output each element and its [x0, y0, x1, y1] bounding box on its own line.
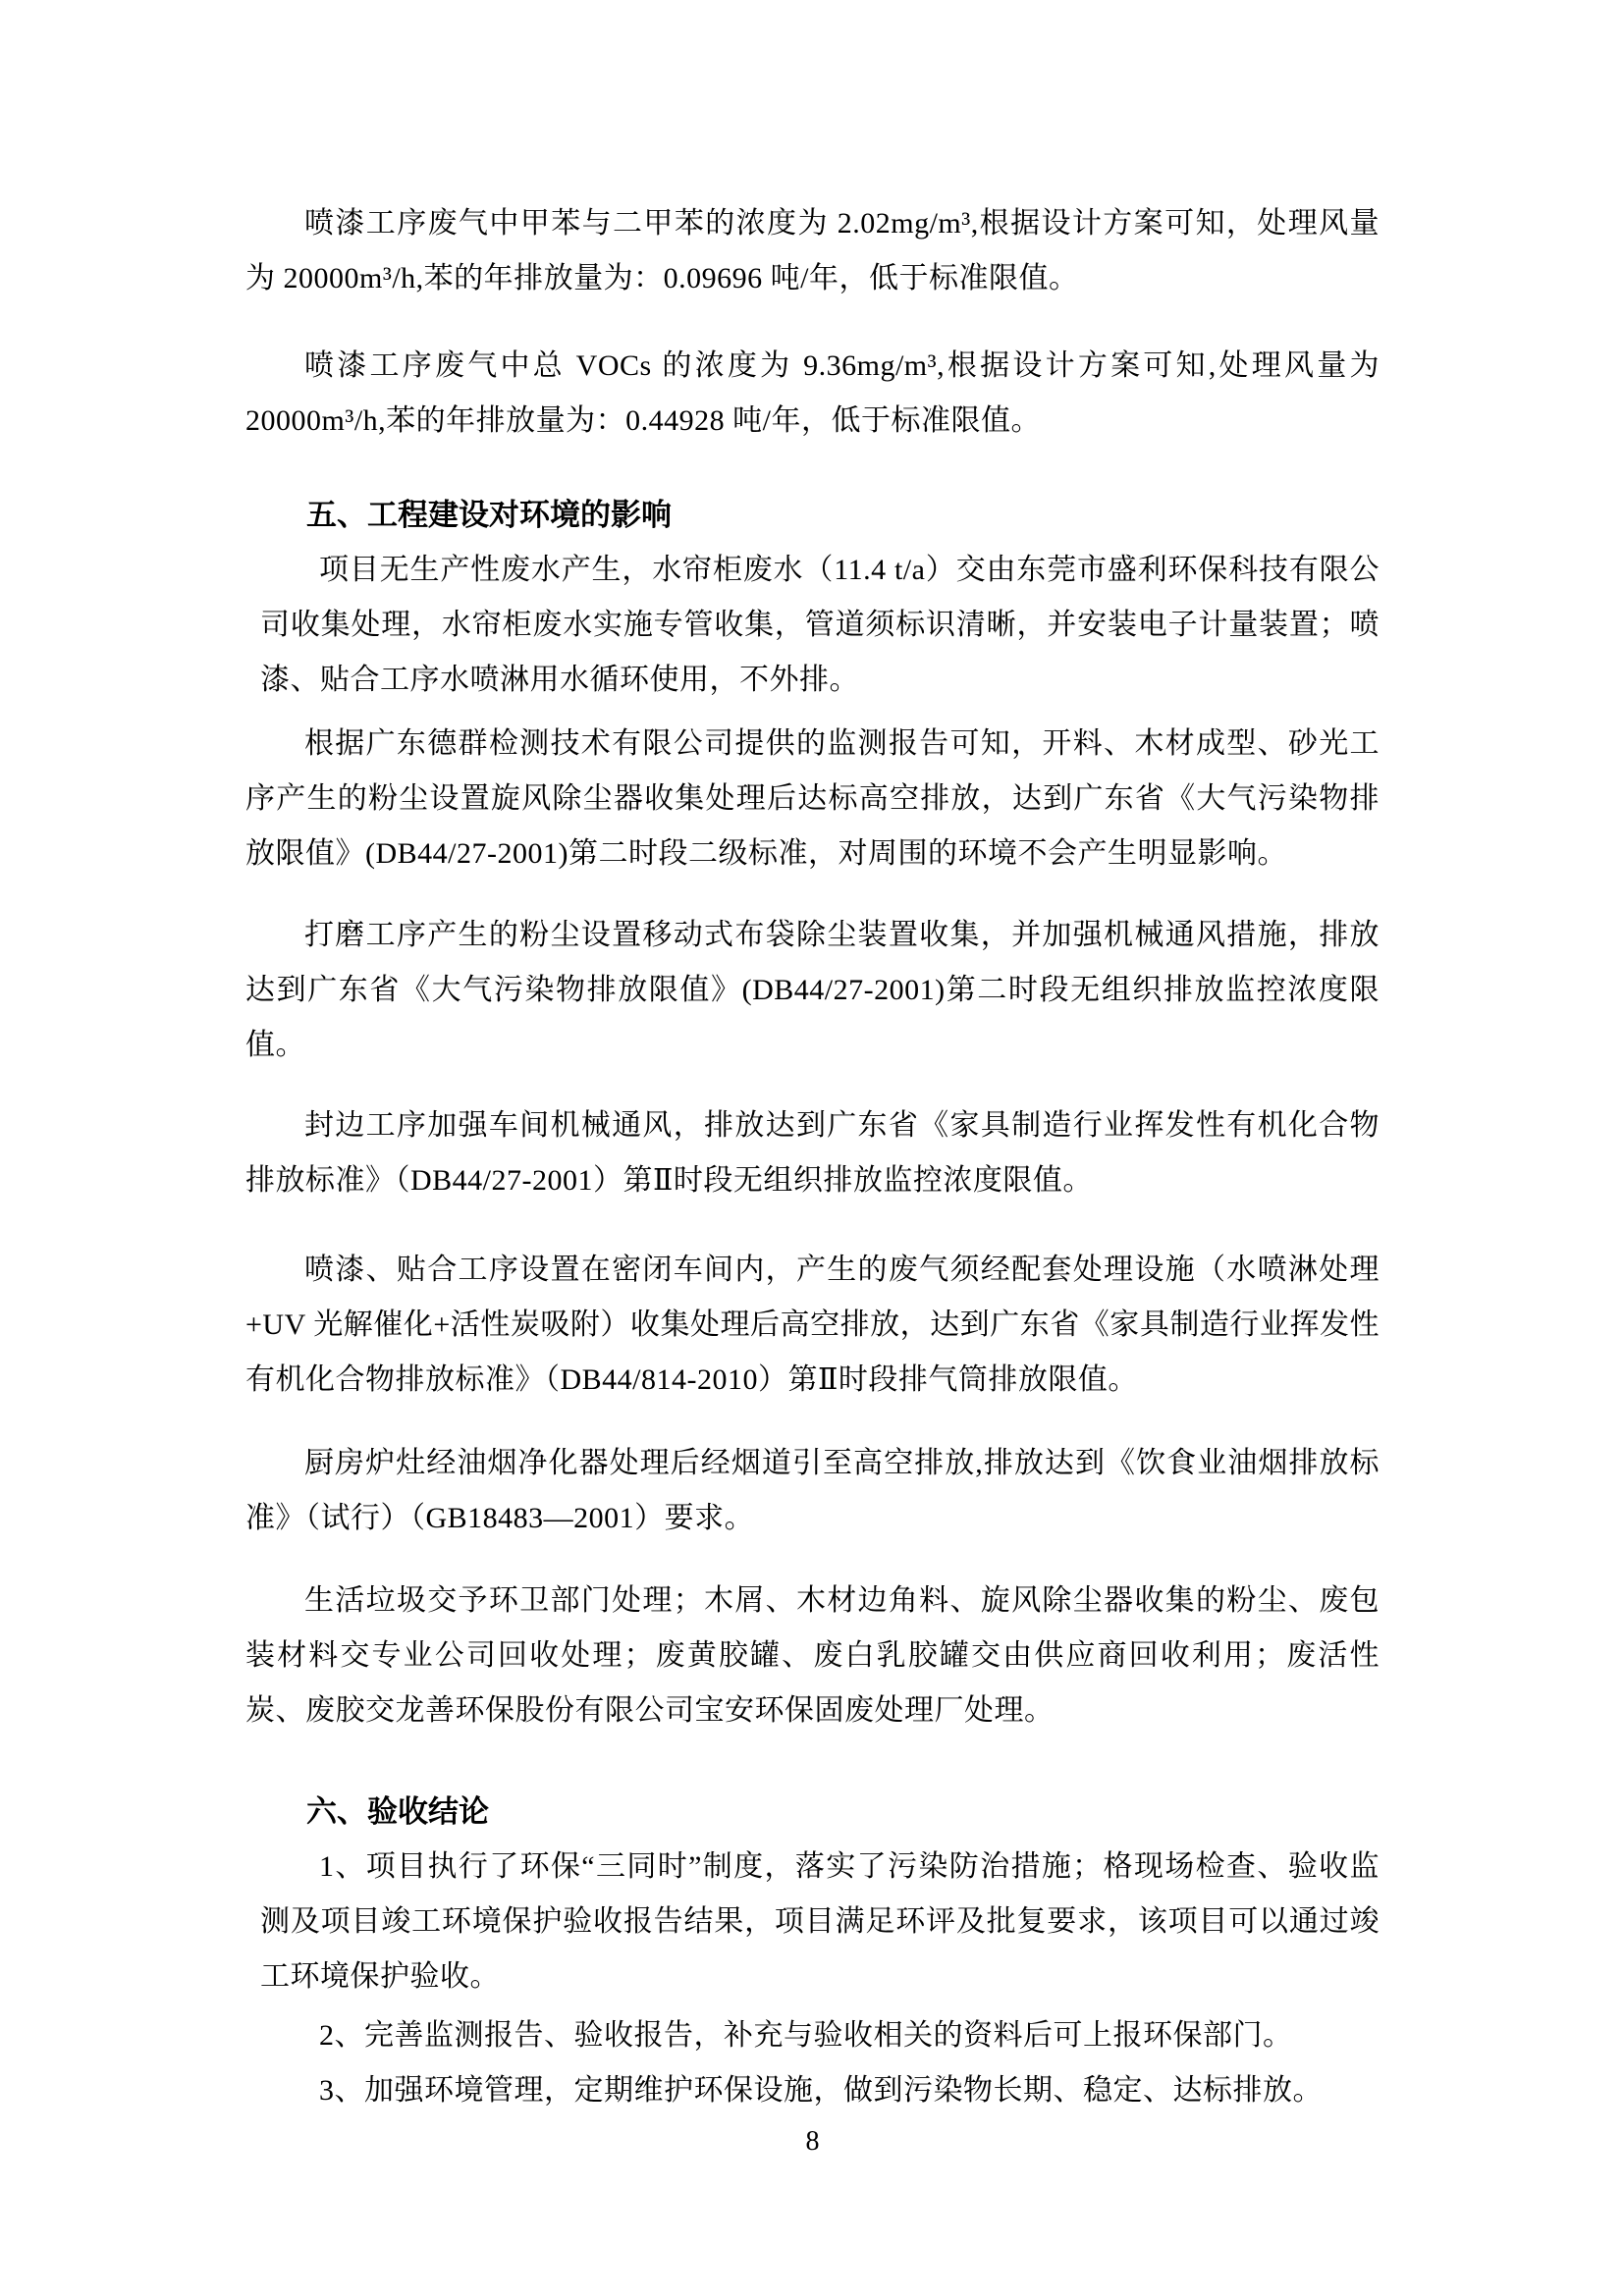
page-number: 8	[245, 2118, 1380, 2165]
paragraph-dust-cyclone-collector: 根据广东德群检测技术有限公司提供的监测报告可知，开料、木材成型、砂光工序产生的粉…	[245, 717, 1380, 881]
section-heading-6-acceptance-conclusion: 六、验收结论	[245, 1785, 1380, 1840]
paragraph-conclusion-item-1: 1、项目执行了环保“三同时”制度，落实了污染防治措施；格现场检查、验收监测及项目…	[260, 1840, 1380, 2004]
paragraph-kitchen-fume-purifier: 厨房炉灶经油烟净化器处理后经烟道引至高空排放,排放达到《饮食业油烟排放标准》（试…	[245, 1436, 1380, 1546]
paragraph-conclusion-item-2: 2、完善监测报告、验收报告，补充与验收相关的资料后可上报环保部门。	[260, 2008, 1380, 2063]
section-heading-5-environment-impact: 五、工程建设对环境的影响	[245, 488, 1380, 543]
document-page: 喷漆工序废气中甲苯与二甲苯的浓度为 2.02mg/m³,根据设计方案可知，处理风…	[0, 0, 1624, 2296]
paragraph-paint-vocs-emission: 喷漆工序废气中总 VOCs 的浓度为 9.36mg/m³,根据设计方案可知,处理…	[245, 339, 1380, 449]
paragraph-wastewater-handling: 项目无生产性废水产生，水帘柜废水（11.4 t/a）交由东莞市盛利环保科技有限公…	[260, 543, 1380, 708]
paragraph-conclusion-item-3: 3、加强环境管理，定期维护环保设施，做到污染物长期、稳定、达标排放。	[260, 2063, 1380, 2118]
paragraph-sanding-dust-bag-filter: 打磨工序产生的粉尘设置移动式布袋除尘装置收集，并加强机械通风措施，排放达到广东省…	[245, 908, 1380, 1073]
paragraph-paint-benzene-emission: 喷漆工序废气中甲苯与二甲苯的浓度为 2.02mg/m³,根据设计方案可知，处理风…	[245, 196, 1380, 306]
paragraph-solid-waste-disposal: 生活垃圾交予环卫部门处理；木屑、木材边角料、旋风除尘器收集的粉尘、废包装材料交专…	[245, 1574, 1380, 1738]
paragraph-edge-sealing-ventilation: 封边工序加强车间机械通风，排放达到广东省《家具制造行业挥发性有机化合物排放标准》…	[245, 1098, 1380, 1208]
paragraph-spray-booth-treatment: 喷漆、贴合工序设置在密闭车间内，产生的废气须经配套处理设施（水喷淋处理+UV 光…	[245, 1243, 1380, 1408]
